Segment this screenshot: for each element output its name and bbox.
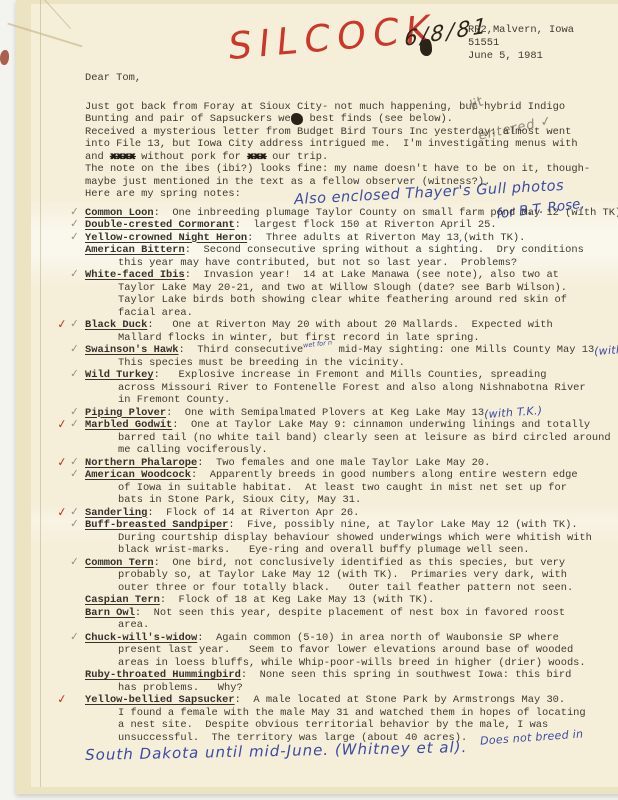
- typed-text: Flock of 18 at Keg Lake May 13 (with TK)…: [166, 594, 434, 606]
- species-entry: ✓White-faced Ibis: Invasion year! 14 at …: [85, 269, 613, 319]
- species-entry: ✓Common Loon: One inbreeding plumage Tay…: [85, 207, 613, 220]
- species-entry-cont-line: has problems. Why?: [85, 682, 613, 695]
- typed-text: of Iowa in suitable habitat. At least tw…: [118, 482, 567, 494]
- species-entry-first-line: Barn Owl: Not seen this year, despite pl…: [85, 607, 613, 620]
- species-entry-cont-line: a nest site. Despite obvious territorial…: [85, 719, 613, 732]
- species-entry: Barn Owl: Not seen this year, despite pl…: [85, 607, 613, 632]
- intro-line: and xxxx without pork for xxx our trip.: [85, 151, 613, 164]
- species-entry: ✓✓Sanderling: Flock of 14 at Riverton Ap…: [85, 507, 613, 520]
- species-entry-cont-line: area.: [85, 619, 613, 632]
- typed-text: barred tail (no white tail band) clearly…: [118, 432, 611, 444]
- typed-text: Third consecutive: [185, 344, 303, 356]
- species-name: Barn Owl: [85, 607, 135, 619]
- species-entry: ✓Chuck-will's-widow: Again common (5-10)…: [85, 632, 613, 670]
- species-name: Wild Turkey: [85, 369, 154, 381]
- species-entry-cont-line: During courtship display behaviour showe…: [85, 532, 613, 545]
- typed-text: area.: [118, 619, 149, 631]
- letter-date: June 5, 1981: [468, 50, 574, 63]
- typed-text: facial area.: [118, 307, 193, 319]
- species-name: Yellow-bellied Sapsucker: [85, 694, 235, 706]
- species-entry: ✓Double-crested Cormorant: largest flock…: [85, 219, 613, 232]
- typed-text: During courtship display behaviour showe…: [118, 532, 592, 544]
- typed-text: Received a mysterious letter from Budget…: [85, 126, 571, 138]
- species-entry: Caspian Tern: Flock of 18 at Keg Lake Ma…: [85, 594, 613, 607]
- typed-text: Taylor Lake birds both showing clear whi…: [118, 294, 567, 306]
- species-name: Black Duck: [85, 319, 147, 331]
- intro-line: into File 13, but Iowa City address intr…: [85, 138, 613, 151]
- species-name: American Woodcock: [85, 469, 191, 481]
- greeting: Dear Tom,: [85, 72, 613, 85]
- pencil-checkmark-icon: ✓: [69, 343, 79, 356]
- red-checkmark-icon: ✓: [56, 317, 68, 331]
- species-entry-cont-line: me calling vociferously.: [85, 444, 613, 457]
- typed-text: and: [85, 151, 110, 163]
- species-name: Northern Phalarope: [85, 457, 197, 469]
- typed-text: Not seen this year, despite placement of…: [141, 607, 565, 619]
- typed-text: probably so, at Taylor Lake May 12 (with…: [118, 569, 567, 581]
- typed-text: areas in loess bluffs, while Whip-poor-w…: [118, 657, 586, 669]
- species-entry-first-line: ✓American Woodcock: Apparently breeds in…: [85, 469, 613, 482]
- typed-text: This species must be breeding in the vic…: [118, 357, 405, 369]
- intro-line: Here are my spring notes:: [85, 188, 613, 201]
- typed-text: in Fremont County.: [118, 394, 230, 406]
- pencil-checkmark-icon: ✓: [69, 368, 79, 381]
- species-entry-first-line: ✓Common Tern: One bird, not conclusively…: [85, 557, 613, 570]
- intro-line: Just got back from Foray at Sioux City- …: [85, 101, 613, 114]
- species-name: Common Tern: [85, 557, 154, 569]
- species-entry: ✓✓Northern Phalarope: Two females and on…: [85, 457, 613, 470]
- typed-text: Explosive increase in Fremont and Mills …: [160, 369, 547, 381]
- scanned-letter-document: SILCOCK 6/8/81 lit entered ✓ RR2,Malvern…: [0, 0, 618, 800]
- typed-text: One at Riverton May 20 with about 20 Mal…: [154, 319, 553, 331]
- species-name: White-faced Ibis: [85, 269, 185, 281]
- typed-text: Mallard flocks in winter, but first reco…: [118, 332, 480, 344]
- typed-text: None seen this spring in southwest Iowa:…: [247, 669, 571, 681]
- typed-text: has problems. Why?: [118, 682, 243, 694]
- typed-text: (with TK).: [463, 232, 525, 244]
- typed-text: A male located at Stone Park by Armstron…: [241, 694, 565, 706]
- intro-paragraph: Just got back from Foray at Sioux City- …: [85, 101, 613, 201]
- typed-text: our trip.: [266, 151, 328, 163]
- species-name: Caspian Tern: [85, 594, 160, 606]
- intro-line: maybe just mentioned in the text as a fe…: [85, 176, 613, 189]
- tiny-blue-insertion: wet for n: [303, 339, 333, 348]
- species-entry-cont-line: present last year. Seem to favor lower e…: [85, 644, 613, 657]
- address-line: 51551: [468, 37, 574, 50]
- species-entry-cont-line: This species must be breeding in the vic…: [85, 357, 613, 370]
- address-line: RR2,Malvern, Iowa: [468, 24, 574, 37]
- red-checkmark-icon: ✓: [56, 455, 68, 469]
- species-name: Double-crested Cormorant: [85, 219, 235, 231]
- species-entry-first-line: ✓Chuck-will's-widow: Again common (5-10)…: [85, 632, 613, 645]
- species-name: Common Loon: [85, 207, 154, 219]
- species-name: Ruby-throated Hummingbird: [85, 669, 241, 681]
- species-entry-first-line: ✓Buff-breasted Sandpiper: Five, possibly…: [85, 519, 613, 532]
- species-name: Buff-breasted Sandpiper: [85, 519, 228, 531]
- species-entry-cont-line: Taylor Lake May 20-21, and two at Willow…: [85, 282, 613, 295]
- species-entry-first-line: ✓✓Marbled Godwit: One at Taylor Lake May…: [85, 419, 613, 432]
- strikeout-text: xxxx: [110, 151, 135, 163]
- typed-text: into File 13, but Iowa City address intr…: [85, 138, 578, 150]
- species-entry-first-line: Ruby-throated Hummingbird: None seen thi…: [85, 669, 613, 682]
- typed-text: Here are my spring notes:: [85, 188, 241, 200]
- typed-text: Taylor Lake May 20-21, and two at Willow…: [118, 282, 567, 294]
- pencil-checkmark-icon: ✓: [69, 268, 79, 281]
- species-name: American Bittern: [85, 244, 185, 256]
- pencil-checkmark-icon: ✓: [69, 630, 79, 643]
- typed-text: Two females and one male Taylor Lake May…: [204, 457, 491, 469]
- pencil-checkmark-icon: ✓: [69, 230, 79, 243]
- species-entry: ✓Buff-breasted Sandpiper: Five, possibly…: [85, 519, 613, 557]
- species-entry-first-line: ✓Yellow-crowned Night Heron: Three adult…: [85, 232, 613, 245]
- species-entry-first-line: ✓✓Sanderling: Flock of 14 at Riverton Ap…: [85, 507, 613, 520]
- species-name: Sanderling: [85, 507, 147, 519]
- red-checkmark-icon: ✓: [56, 692, 68, 706]
- species-entry-cont-line: outer three or four totally black. Outer…: [85, 582, 613, 595]
- species-name: Piping Plover: [85, 407, 166, 419]
- species-entry-first-line: American Bittern: Second consecutive spr…: [85, 244, 613, 257]
- typed-text: One at Taylor Lake May 9: cinnamon under…: [179, 419, 591, 431]
- species-entry: ✓Swainson's Hawk: Third consecutivewet f…: [85, 344, 613, 369]
- species-entry-cont-line: across Missouri River to Fontenelle Fore…: [85, 382, 613, 395]
- species-entry-first-line: ✓White-faced Ibis: Invasion year! 14 at …: [85, 269, 613, 282]
- species-entry: ✓Yellow-crowned Night Heron: Three adult…: [85, 232, 613, 245]
- paper-crease: [40, 0, 41, 787]
- typed-text: outer three or four totally black. Outer…: [118, 582, 573, 594]
- ink-blot-overtype: re: [291, 113, 303, 125]
- typed-text: this year may have contributed, but not …: [118, 257, 517, 269]
- species-entry-cont-line: barred tail (no white tail band) clearly…: [85, 432, 613, 445]
- typed-text: bats in Stone Park, Sioux City, May 31.: [118, 494, 361, 506]
- species-entry: ✓Piping Plover: One with Semipalmated Pl…: [85, 407, 613, 420]
- species-entry-cont-line: facial area.: [85, 307, 613, 320]
- species-entry-first-line: ✓Common Loon: One inbreeding plumage Tay…: [85, 207, 613, 220]
- species-name: Chuck-will's-widow: [85, 632, 197, 644]
- typed-text: black wrist-marks. Eye-ring and overall …: [118, 544, 530, 556]
- species-entry: ✓Wild Turkey: Explosive increase in Frem…: [85, 369, 613, 407]
- species-entry-cont-line: Taylor Lake birds both showing clear whi…: [85, 294, 613, 307]
- species-entry-first-line: ✓Wild Turkey: Explosive increase in Frem…: [85, 369, 613, 382]
- species-entry-cont-line: areas in loess bluffs, while Whip-poor-w…: [85, 657, 613, 670]
- species-entry-first-line: ✓Swainson's Hawk: Third consecutivewet f…: [85, 344, 613, 357]
- strikeout-text: xxx: [247, 151, 266, 163]
- species-entry: Ruby-throated Hummingbird: None seen thi…: [85, 669, 613, 694]
- pencil-checkmark-icon: ✓: [69, 318, 79, 331]
- typed-text: Five, possibly nine, at Taylor Lake May …: [235, 519, 578, 531]
- intro-line: The note on the ibes (ibi?) looks fine: …: [85, 163, 613, 176]
- typed-text: me calling vociferously.: [118, 444, 268, 456]
- pencil-checkmark-icon: ✓: [69, 518, 79, 531]
- typed-text: Again common (5-10) in area north of Wau…: [204, 632, 559, 644]
- red-checkmark-icon: ✓: [56, 505, 68, 519]
- typed-text: best finds (see below).: [303, 113, 453, 125]
- species-entry-cont-line: Mallard flocks in winter, but first reco…: [85, 332, 613, 345]
- species-entry-first-line: ✓✓Black Duck: One at Riverton May 20 wit…: [85, 319, 613, 332]
- handwritten-blue-annotation: (with T.K.): [594, 343, 618, 357]
- typed-text: One inbreeding plumage Taylor County on …: [160, 207, 618, 219]
- typed-text: across Missouri River to Fontenelle Fore…: [118, 382, 586, 394]
- stain-mark: [0, 50, 9, 65]
- species-entry: ✓✓Black Duck: One at Riverton May 20 wit…: [85, 319, 613, 344]
- typed-text: Second consecutive spring without a sigh…: [191, 244, 584, 256]
- typed-text: Bunting and pair of Sapsuckers we: [85, 113, 291, 125]
- typed-text: I found a female with the male May 31 an…: [118, 707, 586, 719]
- typed-text: maybe just mentioned in the text as a fe…: [85, 176, 490, 188]
- typed-text: Flock of 14 at Riverton Apr 26.: [154, 507, 360, 519]
- typed-text: mid-May sighting: one Mills County May 1…: [332, 344, 594, 356]
- typed-text: largest flock 150 at Riverton April 25.: [241, 219, 497, 231]
- letter-body: Dear Tom, Just got back from Foray at Si…: [85, 72, 613, 764]
- typed-text: Invasion year! 14 at Lake Manawa (see no…: [191, 269, 559, 281]
- typed-text: One bird, not conclusively identified as…: [160, 557, 565, 569]
- typed-text: Apparently breeds in good numbers along …: [197, 469, 577, 481]
- intro-line: Received a mysterious letter from Budget…: [85, 126, 613, 139]
- species-entry-first-line: ✓Yellow-bellied Sapsucker: A male locate…: [85, 694, 613, 707]
- typed-text: present last year. Seem to favor lower e…: [118, 644, 573, 656]
- typed-text: Three adults at Riverton May 13: [253, 232, 459, 244]
- species-name: Swainson's Hawk: [85, 344, 179, 356]
- species-entry-first-line: ✓Double-crested Cormorant: largest flock…: [85, 219, 613, 232]
- species-entry-cont-line: bats in Stone Park, Sioux City, May 31.: [85, 494, 613, 507]
- species-entry-cont-line: probably so, at Taylor Lake May 12 (with…: [85, 569, 613, 582]
- typed-text: One with Semipalmated Plovers at Keg Lak…: [172, 407, 484, 419]
- species-entry-first-line: Caspian Tern: Flock of 18 at Keg Lake Ma…: [85, 594, 613, 607]
- species-name: Marbled Godwit: [85, 419, 172, 431]
- red-checkmark-icon: ✓: [56, 417, 68, 431]
- typed-text: without pork for: [135, 151, 247, 163]
- species-entry: ✓Common Tern: One bird, not conclusively…: [85, 557, 613, 595]
- species-entry-cont-line: I found a female with the male May 31 an…: [85, 707, 613, 720]
- species-notes-list: ✓Common Loon: One inbreeding plumage Tay…: [85, 207, 613, 745]
- species-entry: ✓✓Marbled Godwit: One at Taylor Lake May…: [85, 419, 613, 457]
- pencil-checkmark-icon: ✓: [69, 468, 79, 481]
- return-address-block: RR2,Malvern, Iowa 51551 June 5, 1981: [468, 24, 574, 63]
- species-entry-first-line: ✓Piping Plover: One with Semipalmated Pl…: [85, 407, 613, 420]
- species-name: Yellow-crowned Night Heron: [85, 232, 247, 244]
- pencil-checkmark-icon: ✓: [69, 418, 79, 431]
- species-entry: American Bittern: Second consecutive spr…: [85, 244, 613, 269]
- species-entry-first-line: ✓✓Northern Phalarope: Two females and on…: [85, 457, 613, 470]
- species-entry-cont-line: black wrist-marks. Eye-ring and overall …: [85, 544, 613, 557]
- typed-text: Just got back from Foray at Sioux City- …: [85, 101, 565, 113]
- pencil-checkmark-icon: ✓: [69, 555, 79, 568]
- handwritten-blue-annotation: (with T.K.): [484, 405, 543, 419]
- typed-text: a nest site. Despite obvious territorial…: [118, 719, 548, 731]
- species-entry-cont-line: this year may have contributed, but not …: [85, 257, 613, 270]
- typed-text: The note on the ibes (ibi?) looks fine: …: [85, 163, 590, 175]
- species-entry: ✓American Woodcock: Apparently breeds in…: [85, 469, 613, 507]
- species-entry-cont-line: of Iowa in suitable habitat. At least tw…: [85, 482, 613, 495]
- intro-line: Bunting and pair of Sapsuckers were best…: [85, 113, 613, 126]
